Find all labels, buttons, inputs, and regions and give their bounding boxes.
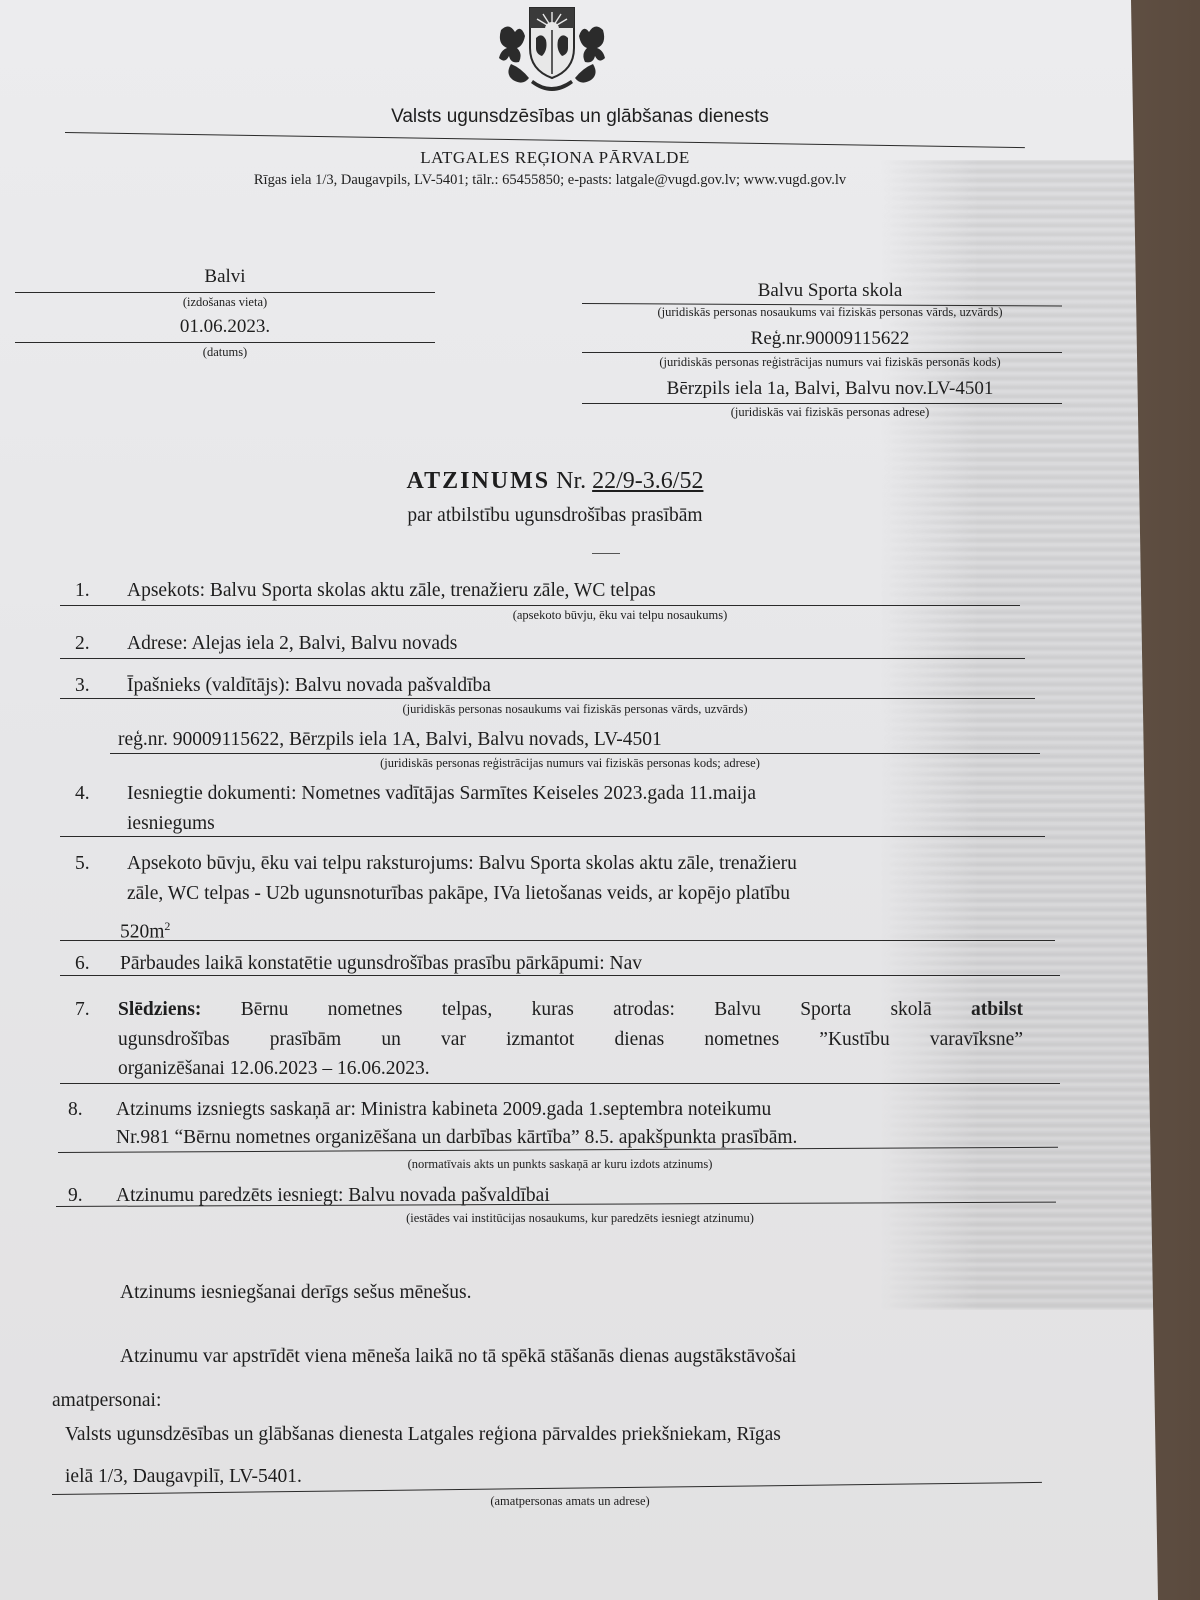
validity-note: Atzinums iesniegšanai derīgs sešus mēneš… bbox=[120, 1282, 472, 1304]
item-6-line bbox=[60, 975, 1060, 976]
item-3-extra-caption: (juridiskās personas reģistrācijas numur… bbox=[220, 756, 920, 771]
item-text: Adrese: Alejas iela 2, Balvi, Balvu nova… bbox=[127, 630, 457, 658]
document-subtitle: par atbilstību ugunsdrošības prasībām bbox=[0, 505, 1110, 527]
title-nr-prefix: Nr. bbox=[556, 468, 586, 494]
appeal-note-line2: amatpersonai: bbox=[52, 1390, 161, 1412]
agency-name: Valsts ugunsdzēsības un glābšanas dienes… bbox=[0, 106, 1160, 128]
recipient-name: Balvu Sporta skola bbox=[580, 280, 1080, 302]
item-number: 4. bbox=[75, 780, 105, 808]
item-3-extra-line bbox=[110, 753, 1040, 754]
item-7-line1: Slēdziens: Bērnu nometnes telpas, kuras … bbox=[118, 996, 1023, 1024]
item-1-caption: (apsekoto būvju, ēku vai telpu nosaukums… bbox=[260, 608, 980, 623]
item-1-line bbox=[60, 605, 1020, 606]
item-9-caption: (iestādes vai institūcijas nosaukums, ku… bbox=[280, 1211, 880, 1226]
item-number: 1. bbox=[75, 577, 105, 605]
item-7-line3: organizēšanai 12.06.2023 – 16.06.2023. bbox=[118, 1055, 430, 1083]
document-title: ATZINUMS Nr. 22/9-3.6/52 bbox=[0, 468, 1110, 495]
owner-registration: reģ.nr. 90009115622, Bērzpils iela 1A, B… bbox=[118, 726, 1018, 754]
item-number: 3. bbox=[75, 672, 105, 700]
item-number: 8. bbox=[68, 1096, 98, 1124]
issue-date: 01.06.2023. bbox=[15, 316, 435, 338]
item-5-line2: zāle, WC telpas - U2b ugunsnoturības pak… bbox=[127, 880, 790, 908]
conclusion-label: Slēdziens: bbox=[118, 999, 201, 1020]
item-number: 2. bbox=[75, 630, 105, 658]
item-3-line bbox=[60, 698, 1035, 699]
item-7-line bbox=[60, 1083, 1060, 1084]
region-name: LATGALES REĢIONA PĀRVALDE bbox=[0, 148, 1110, 168]
area-unit-exponent: 2 bbox=[164, 919, 170, 933]
header-divider bbox=[65, 132, 1025, 148]
recipient-address: Bērzpils iela 1a, Balvi, Balvu nov.LV-45… bbox=[580, 378, 1080, 400]
item-text: Apsekots: Balvu Sporta skolas aktu zāle,… bbox=[127, 577, 656, 605]
appeal-note-line1: Atzinumu var apstrīdēt viena mēneša laik… bbox=[120, 1346, 796, 1368]
issue-place-caption: (izdošanas vieta) bbox=[15, 295, 435, 310]
item-4-line2: iesniegums bbox=[127, 810, 215, 838]
recipient-reg: Reģ.nr.90009115622 bbox=[580, 328, 1080, 350]
contact-line: Rīgas iela 1/3, Daugavpils, LV-5401; tāl… bbox=[0, 172, 1100, 189]
item-3-caption: (juridiskās personas nosaukums vai fizis… bbox=[240, 702, 910, 717]
item-text-line1: Apsekoto būvju, ēku vai telpu raksturoju… bbox=[127, 850, 797, 878]
recipient-reg-caption: (juridiskās personas reģistrācijas numur… bbox=[580, 355, 1080, 370]
document-number: 22/9-3.6/52 bbox=[592, 468, 703, 494]
item-7-line2: ugunsdrošības prasībām un var izmantot d… bbox=[118, 1026, 1023, 1054]
recipient-reg-line bbox=[582, 352, 1062, 353]
official-caption: (amatpersonas amats un adrese) bbox=[300, 1494, 840, 1509]
issue-place-line bbox=[15, 292, 435, 293]
conclusion-verdict: atbilst bbox=[971, 999, 1023, 1020]
item-number: 6. bbox=[75, 950, 105, 978]
document-page: Valsts ugunsdzēsības un glābšanas dienes… bbox=[0, 0, 1158, 1600]
item-number: 5. bbox=[75, 850, 105, 878]
item-text-line1: Iesniegtie dokumenti: Nometnes vadītājas… bbox=[127, 780, 756, 808]
recipient-address-line bbox=[582, 403, 1062, 404]
issue-date-line bbox=[15, 342, 435, 343]
item-2-line bbox=[60, 658, 1025, 659]
conclusion-text: Bērnu nometnes telpas, kuras atrodas: Ba… bbox=[241, 999, 932, 1020]
issue-place: Balvi bbox=[15, 266, 435, 288]
item-5-line3: 520m2 bbox=[120, 912, 170, 947]
recipient-address-caption: (juridiskās vai fiziskās personas adrese… bbox=[580, 405, 1080, 420]
issue-date-caption: (datums) bbox=[15, 345, 435, 360]
title-label: ATZINUMS bbox=[407, 468, 551, 494]
official-line1: Valsts ugunsdzēsības un glābšanas dienes… bbox=[65, 1424, 781, 1446]
item-text: Īpašnieks (valdītājs): Balvu novada pašv… bbox=[127, 672, 491, 700]
recipient-name-caption: (juridiskās personas nosaukums vai fizis… bbox=[580, 305, 1080, 320]
title-dash bbox=[592, 553, 620, 554]
item-4-line bbox=[60, 836, 1045, 837]
item-5-line bbox=[60, 940, 1055, 941]
latvia-coat-of-arms-icon bbox=[493, 2, 611, 98]
official-line2: ielā 1/3, Daugavpilī, LV-5401. bbox=[65, 1466, 302, 1488]
item-text-line1: Atzinums izsniegts saskaņā ar: Ministra … bbox=[116, 1096, 771, 1124]
item-number: 7. bbox=[75, 996, 105, 1024]
item-8-caption: (normatīvais akts un punkts saskaņā ar k… bbox=[260, 1157, 860, 1172]
item-text: Pārbaudes laikā konstatētie ugunsdrošība… bbox=[120, 950, 642, 978]
